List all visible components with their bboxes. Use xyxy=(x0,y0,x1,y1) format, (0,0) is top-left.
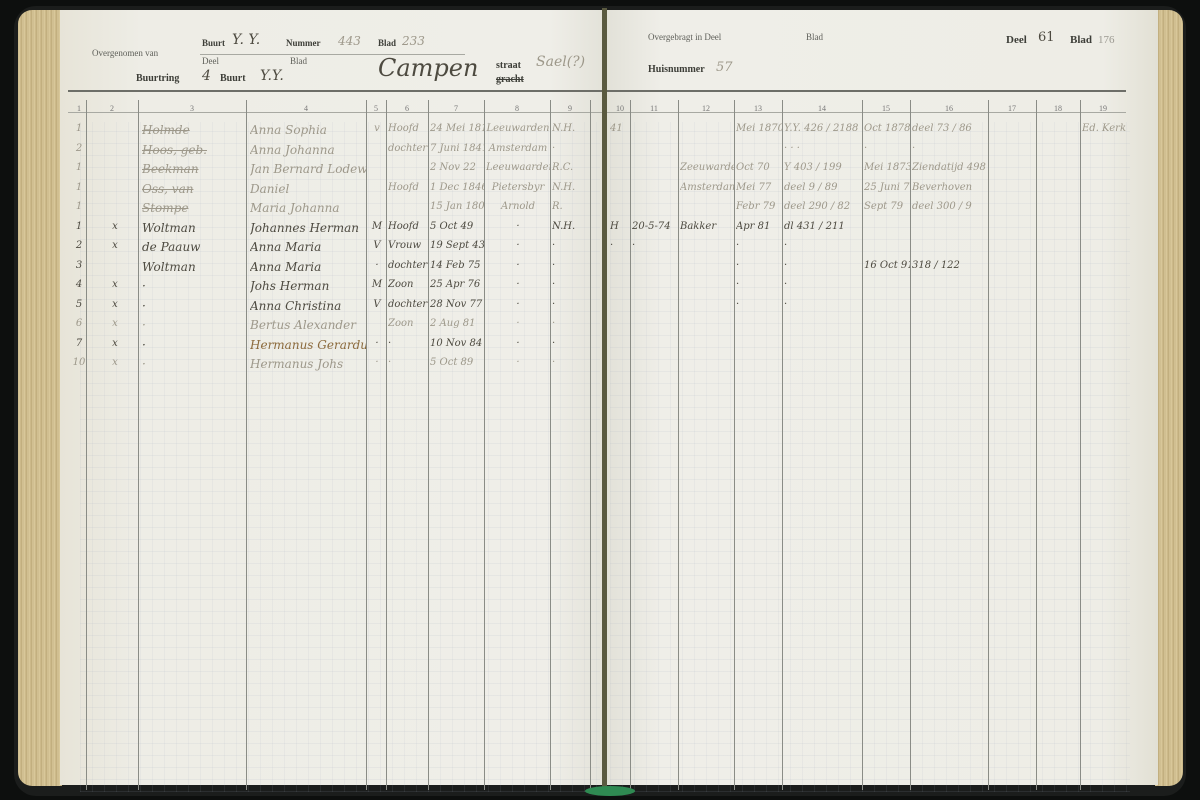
column-line xyxy=(734,100,735,790)
register-cell-c5: M xyxy=(368,279,386,290)
register-cell-c5: v xyxy=(368,123,386,134)
column-number: 13 xyxy=(734,104,782,113)
register-cell-c13: Mei 1870 xyxy=(736,123,782,134)
register-cell-c3: Woltman xyxy=(142,260,246,274)
buurt-value: Y. Y. xyxy=(232,32,260,48)
column-number: 1 xyxy=(72,104,86,113)
register-cell-c2: x xyxy=(100,357,130,368)
register-cell-c3: Beekman xyxy=(142,162,246,176)
column-number: 18 xyxy=(1036,104,1080,113)
register-cell-c8: Pietersbyr xyxy=(486,182,550,193)
register-cell-c7: 1 Dec 1846 xyxy=(430,182,484,193)
column-line xyxy=(550,100,551,790)
register-cell-c14: · · · xyxy=(784,143,862,154)
column-line xyxy=(630,100,631,790)
left-page: Overgenomen van Buurt Y. Y. Nummer 443 B… xyxy=(60,10,604,785)
register-cell-c3: Stompe xyxy=(142,201,246,215)
right-blad-label: Blad xyxy=(806,32,823,42)
column-line xyxy=(86,100,87,790)
register-cell-c13: · xyxy=(736,279,782,290)
register-cell-c4: Hermanus Gerardus xyxy=(250,338,366,352)
register-cell-c4: Daniel xyxy=(250,182,366,196)
register-cell-c3: Holmde xyxy=(142,123,246,137)
register-cell-c6: Hoofd xyxy=(388,123,428,134)
register-cell-c1: 1 xyxy=(72,162,86,173)
register-cell-c6: Hoofd xyxy=(388,182,428,193)
register-cell-c7: 14 Feb 75 xyxy=(430,260,484,271)
register-cell-c15: Oct 1878 xyxy=(864,123,910,134)
huisnummer-label: Huisnummer xyxy=(648,64,705,75)
register-cell-c9: · xyxy=(552,143,590,154)
register-cell-c1: 5 xyxy=(72,299,86,310)
register-cell-c13: Oct 70 xyxy=(736,162,782,173)
register-cell-c11: 20-5-74 xyxy=(632,221,678,232)
register-cell-c6: dochter xyxy=(388,143,428,154)
register-cell-c1: 4 xyxy=(72,279,86,290)
nummer-label: Nummer xyxy=(286,38,321,48)
register-cell-c4: Anna Maria xyxy=(250,260,366,274)
register-cell-c6: Zoon xyxy=(388,279,428,290)
register-cell-c11: · xyxy=(632,240,678,251)
deel-value: 61 xyxy=(1038,30,1055,45)
register-cell-c16: deel 300 / 9 xyxy=(912,201,988,212)
register-cell-c13: · xyxy=(736,260,782,271)
register-cell-c6: dochter xyxy=(388,260,428,271)
register-cell-c14: deel 9 / 89 xyxy=(784,182,862,193)
column-line xyxy=(862,100,863,790)
street-suffix: Sael(?) xyxy=(536,54,585,70)
register-cell-c14: · xyxy=(784,260,862,271)
register-cell-c8: Arnold xyxy=(486,201,550,212)
overgenomen-label: Overgenomen van xyxy=(92,48,158,58)
deel-label: Deel xyxy=(202,56,219,66)
blad-value: 176 xyxy=(1098,34,1115,46)
table-top-rule xyxy=(606,90,1126,92)
deel-label: Deel xyxy=(1006,34,1027,46)
buurt-label: Buurt xyxy=(202,38,225,48)
page-edges-left xyxy=(18,10,62,786)
bookmark-ribbon xyxy=(585,786,635,796)
street-name: Campen xyxy=(378,54,478,82)
register-cell-c7: 5 Oct 89 xyxy=(430,357,484,368)
register-cell-c19: Ed. Kerk xyxy=(1082,123,1128,134)
register-cell-c14: Y.Y. 426 / 2188 xyxy=(784,123,862,134)
register-cell-c9: · xyxy=(552,260,590,271)
register-cell-c6: Zoon xyxy=(388,318,428,329)
register-cell-c14: dl 431 / 211 xyxy=(784,221,862,232)
register-cell-c4: Hermanus Johs xyxy=(250,357,366,371)
register-cell-c5: · xyxy=(368,260,386,271)
register-cell-c4: Anna Sophia xyxy=(250,123,366,137)
buurt2-value: Y.Y. xyxy=(260,68,284,84)
register-cell-c10: H xyxy=(610,221,630,232)
overgebragt-label: Overgebragt in Deel xyxy=(648,32,721,42)
column-number: 5 xyxy=(366,104,386,113)
column-line xyxy=(484,100,485,790)
register-cell-c9: · xyxy=(552,338,590,349)
register-cell-c9: N.H. xyxy=(552,221,590,232)
register-cell-c1: 1 xyxy=(72,182,86,193)
register-cell-c9: · xyxy=(552,299,590,310)
register-cell-c9: R. xyxy=(552,201,590,212)
column-number: 14 xyxy=(782,104,862,113)
book-gutter xyxy=(602,8,607,788)
register-cell-c14: · xyxy=(784,299,862,310)
register-cell-c4: Anna Christina xyxy=(250,299,366,313)
register-cell-c8: Leeuwarden xyxy=(486,123,550,134)
register-cell-c5: · xyxy=(368,357,386,368)
register-cell-c3: · xyxy=(142,357,246,371)
register-cell-c16: · xyxy=(912,143,988,154)
register-cell-c14: deel 290 / 82 xyxy=(784,201,862,212)
register-cell-c13: Mei 77 xyxy=(736,182,782,193)
register-cell-c6: Hoofd xyxy=(388,221,428,232)
register-cell-c7: 25 Apr 76 xyxy=(430,279,484,290)
register-cell-c1: 7 xyxy=(72,338,86,349)
register-cell-c2: x xyxy=(100,338,130,349)
buurt2-label: Buurt xyxy=(220,73,246,84)
register-cell-c9: N.H. xyxy=(552,182,590,193)
register-cell-c4: Jan Bernard Lodewyk xyxy=(250,162,366,176)
column-line xyxy=(1036,100,1037,790)
register-cell-c1: 1 xyxy=(72,123,86,134)
register-cell-c2: x xyxy=(100,318,130,329)
register-cell-c8: · xyxy=(486,221,550,232)
register-cell-c15: Sept 79 xyxy=(864,201,910,212)
register-cell-c13: · xyxy=(736,240,782,251)
register-cell-c4: Bertus Alexander xyxy=(250,318,366,332)
register-cell-c7: 2 Aug 81 xyxy=(430,318,484,329)
gracht-label: gracht xyxy=(496,74,524,85)
register-cell-c16: Ziendatijd 498 / 160 xyxy=(912,162,988,173)
register-cell-c5: V xyxy=(368,299,386,310)
register-cell-c16: Beverhoven xyxy=(912,182,988,193)
register-cell-c5: V xyxy=(368,240,386,251)
register-cell-c14: · xyxy=(784,240,862,251)
register-cell-c7: 24 Mei 1818 xyxy=(430,123,484,134)
column-line xyxy=(910,100,911,790)
blad2-label: Blad xyxy=(290,56,307,66)
register-cell-c1: 1 xyxy=(72,221,86,232)
register-cell-c7: 15 Jan 1800 xyxy=(430,201,484,212)
register-cell-c7: 10 Nov 84 xyxy=(430,338,484,349)
register-cell-c15: 16 Oct 91 xyxy=(864,260,910,271)
blad-value-label: Blad xyxy=(1070,34,1092,46)
register-cell-c15: Mei 1873 xyxy=(864,162,910,173)
register-cell-c1: 10 xyxy=(72,357,86,368)
column-line xyxy=(782,100,783,790)
register-cell-c9: · xyxy=(552,240,590,251)
nummer-value: 443 xyxy=(338,34,361,48)
column-number: 6 xyxy=(386,104,428,113)
register-cell-c12: Zeeuwarden xyxy=(680,162,734,173)
register-cell-c16: 318 / 122 xyxy=(912,260,988,271)
register-cell-c3: · xyxy=(142,279,246,293)
column-line xyxy=(386,100,387,790)
register-cell-c14: Y 403 / 199 xyxy=(784,162,862,173)
column-line xyxy=(246,100,247,790)
register-cell-c15: · xyxy=(864,143,910,154)
register-cell-c13: Apr 81 xyxy=(736,221,782,232)
register-cell-c9: · xyxy=(552,318,590,329)
register-cell-c8: Amsterdam xyxy=(486,143,550,154)
register-cell-c6: · xyxy=(388,357,428,368)
huisnummer-value: 57 xyxy=(716,60,733,75)
register-cell-c9: R.C. xyxy=(552,162,590,173)
column-number: 9 xyxy=(550,104,590,113)
register-cell-c1: 3 xyxy=(72,260,86,271)
register-cell-c3: Oss, van xyxy=(142,182,246,196)
register-cell-c3: Hoos, geb. xyxy=(142,143,246,157)
register-cell-c3: de Paauw xyxy=(142,240,246,254)
register-cell-c6: Vrouw xyxy=(388,240,428,251)
register-cell-c4: Anna Maria xyxy=(250,240,366,254)
register-cell-c7: 5 Oct 49 xyxy=(430,221,484,232)
register-cell-c9: · xyxy=(552,357,590,368)
register-cell-c3: Woltman xyxy=(142,221,246,235)
column-number: 16 xyxy=(910,104,988,113)
column-number: 7 xyxy=(428,104,484,113)
column-number: 12 xyxy=(678,104,734,113)
register-cell-c15: 25 Juni 77 xyxy=(864,182,910,193)
column-number: 4 xyxy=(246,104,366,113)
register-cell-c2: x xyxy=(100,279,130,290)
register-cell-c10: · xyxy=(610,240,630,251)
register-cell-c16: deel 73 / 86 xyxy=(912,123,988,134)
register-cell-c3: · xyxy=(142,318,246,332)
register-cell-c1: 6 xyxy=(72,318,86,329)
register-cell-c6: · xyxy=(388,338,428,349)
column-line xyxy=(1080,100,1081,790)
column-line xyxy=(366,100,367,790)
register-cell-c8: · xyxy=(486,240,550,251)
register-cell-c9: N.H. xyxy=(552,123,590,134)
column-number: 2 xyxy=(86,104,138,113)
register-cell-c4: Anna Johanna xyxy=(250,143,366,157)
right-page: Overgebragt in Deel Blad Deel 61 Blad 17… xyxy=(606,10,1158,785)
register-cell-c2: x xyxy=(100,221,130,232)
register-cell-c9: · xyxy=(552,279,590,290)
register-cell-c7: 2 Nov 22 xyxy=(430,162,484,173)
register-cell-c7: 7 Juni 1841 xyxy=(430,143,484,154)
register-cell-c7: 19 Sept 43 xyxy=(430,240,484,251)
register-cell-c10: 41 xyxy=(610,123,630,134)
register-cell-c1: 1 xyxy=(72,201,86,212)
column-line xyxy=(428,100,429,790)
register-cell-c14: · xyxy=(784,279,862,290)
register-cell-c8: · xyxy=(486,260,550,271)
column-number: 15 xyxy=(862,104,910,113)
register-cell-c12: Amsterdam xyxy=(680,182,734,193)
register-cell-c8: · xyxy=(486,279,550,290)
register-cell-c4: Johs Herman xyxy=(250,279,366,293)
register-cell-c13: · xyxy=(736,299,782,310)
table-top-rule xyxy=(68,90,604,92)
register-cell-c8: · xyxy=(486,357,550,368)
blad-label: Blad xyxy=(378,38,396,48)
register-cell-c6: dochter xyxy=(388,299,428,310)
register-cell-c2: x xyxy=(100,240,130,251)
column-number: 19 xyxy=(1080,104,1126,113)
register-cell-c8: · xyxy=(486,318,550,329)
register-cell-c2: x xyxy=(100,299,130,310)
register-cell-c5: · xyxy=(368,338,386,349)
register-cell-c13: Febr 79 xyxy=(736,201,782,212)
buurtring-value: 4 xyxy=(202,68,211,84)
column-number: 10 xyxy=(610,104,630,113)
register-cell-c12: Bakker xyxy=(680,221,734,232)
column-line xyxy=(678,100,679,790)
register-cell-c5: M xyxy=(368,221,386,232)
register-cell-c3: · xyxy=(142,299,246,313)
buurtring-label: Buurtring xyxy=(136,73,179,84)
register-cell-c4: Johannes Herman xyxy=(250,221,366,235)
register-cell-c8: Leeuwaarden xyxy=(486,162,550,173)
column-line xyxy=(590,100,591,790)
column-number: 17 xyxy=(988,104,1036,113)
register-cell-c4: Maria Johanna xyxy=(250,201,366,215)
column-number: 3 xyxy=(138,104,246,113)
register-cell-c1: 2 xyxy=(72,143,86,154)
register-cell-c1: 2 xyxy=(72,240,86,251)
register-cell-c7: 28 Nov 77 xyxy=(430,299,484,310)
page-edges-right xyxy=(1155,10,1183,786)
column-line xyxy=(988,100,989,790)
column-number: 11 xyxy=(630,104,678,113)
register-cell-c8: · xyxy=(486,338,550,349)
column-number: 8 xyxy=(484,104,550,113)
column-line xyxy=(138,100,139,790)
straat-label: straat xyxy=(496,60,521,71)
register-cell-c3: · xyxy=(142,338,246,352)
blad-value: 233 xyxy=(402,34,425,48)
register-cell-c8: · xyxy=(486,299,550,310)
